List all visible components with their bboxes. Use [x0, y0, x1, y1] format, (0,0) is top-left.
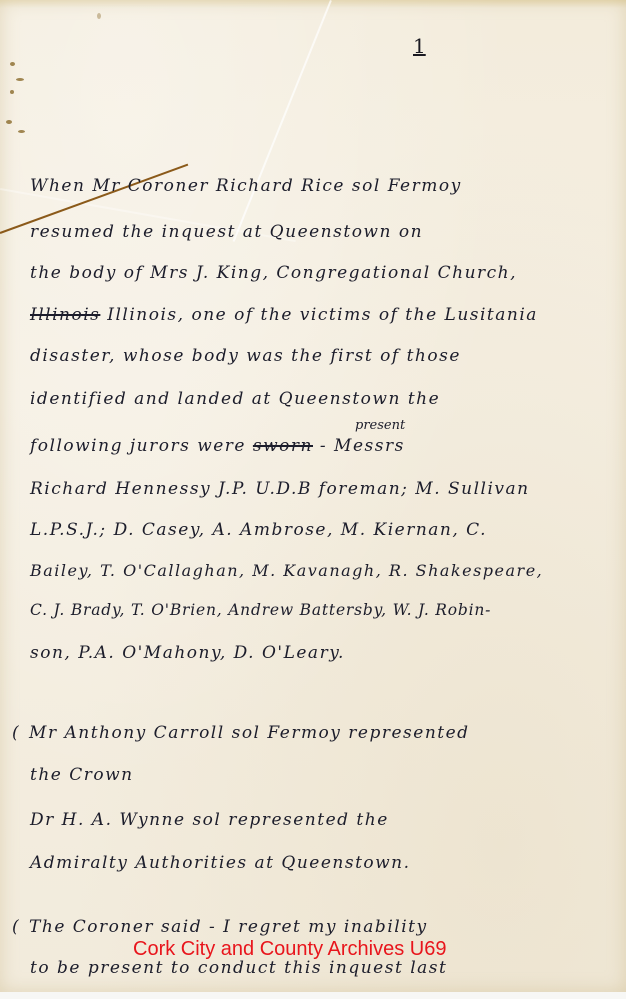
text-line-7: following jurors were sworn - Messrs	[30, 436, 405, 456]
text-line-10: Bailey, T. O'Callaghan, M. Kavanagh, R. …	[30, 561, 543, 580]
text-line-4: Illinois Illinois, one of the victims of…	[30, 305, 538, 325]
paper-stain	[10, 62, 15, 66]
text-line-4-content: Illinois, one of the victims of the Lusi…	[107, 305, 538, 325]
text-line-3: the body of Mrs J. King, Congregational …	[30, 263, 517, 283]
text-line-7-end: - Messrs	[320, 436, 405, 456]
inserted-word: present	[355, 418, 405, 433]
paper-stain	[18, 130, 25, 133]
text-line-12: son, P.A. O'Mahony, D. O'Leary.	[30, 643, 345, 663]
text-line-17-content: The Coroner said - I regret my inability	[29, 917, 428, 937]
text-line-8: Richard Hennessy J.P. U.D.B foreman; M. …	[30, 479, 530, 499]
bracket-mark: (	[12, 723, 20, 743]
text-line-5: disaster, whose body was the first of th…	[30, 346, 461, 366]
text-line-14: the Crown	[30, 765, 134, 785]
paper-stain	[16, 78, 24, 81]
bracket-mark: (	[12, 917, 20, 937]
text-line-11: C. J. Brady, T. O'Brien, Andrew Battersb…	[30, 601, 491, 619]
text-line-16: Admiralty Authorities at Queenstown.	[30, 853, 411, 873]
text-line-9: L.P.S.J.; D. Casey, A. Ambrose, M. Kiern…	[30, 520, 487, 540]
text-line-2: resumed the inquest at Queenstown on	[30, 222, 423, 242]
struck-word: sworn	[253, 436, 313, 456]
paper-stain	[6, 120, 12, 124]
text-line-15: Dr H. A. Wynne sol represented the	[30, 810, 389, 830]
text-line-13: ( Mr Anthony Carroll sol Fermoy represen…	[12, 723, 470, 743]
struck-word: Illinois	[30, 305, 100, 325]
scan-background-edge	[0, 992, 626, 999]
text-line-1: When Mr Coroner Richard Rice sol Fermoy	[30, 176, 462, 196]
manuscript-page: 1 When Mr Coroner Richard Rice sol Fermo…	[0, 0, 626, 992]
text-line-6: identified and landed at Queenstown the	[30, 389, 440, 409]
text-line-18: to be present to conduct this inquest la…	[30, 958, 447, 978]
text-line-17: ( The Coroner said - I regret my inabili…	[12, 917, 428, 937]
paper-fold-crease	[233, 0, 332, 242]
paper-stain	[97, 13, 101, 19]
archive-watermark: Cork City and County Archives U69	[133, 938, 446, 961]
text-line-13-content: Mr Anthony Carroll sol Fermoy represente…	[29, 723, 470, 743]
paper-stain	[10, 90, 14, 94]
page-number: 1	[413, 34, 426, 58]
text-line-7-start: following jurors were	[30, 436, 246, 456]
